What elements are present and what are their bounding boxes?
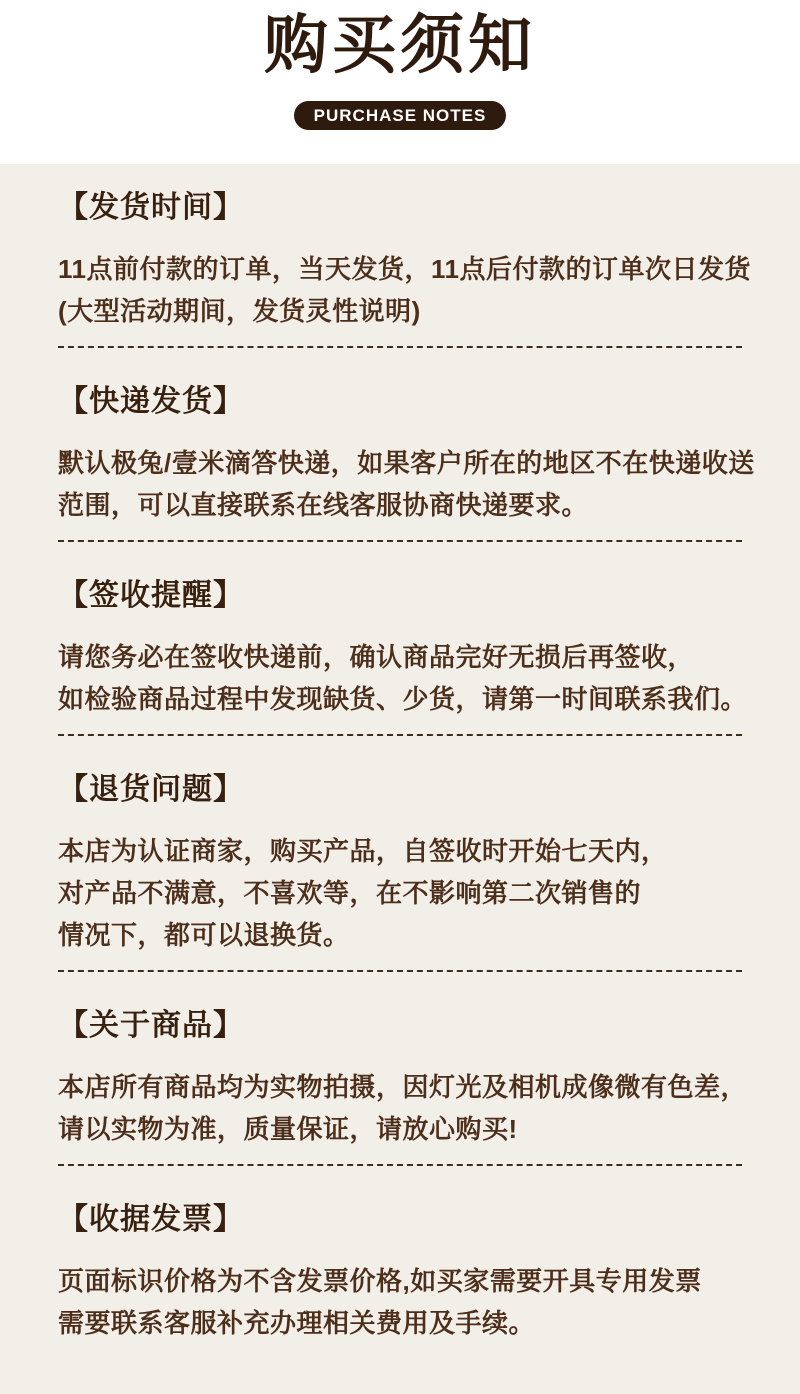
section-heading-return-policy: 【退货问题】 [58, 772, 742, 808]
section-text-line: 本店为认证商家，购买产品，自签收时开始七天内， [58, 830, 742, 872]
section-text-line: (大型活动期间，发货灵性说明) [58, 290, 742, 332]
section-text-line: 范围，可以直接联系在线客服协商快递要求。 [58, 484, 742, 526]
dashed-divider [58, 540, 742, 542]
section-heading-express-delivery: 【快递发货】 [58, 384, 742, 420]
page-title: 购买须知 [264, 12, 536, 79]
dashed-divider [58, 970, 742, 972]
section-text-line: 11点前付款的订单，当天发货，11点后付款的订单次日发货 [58, 248, 742, 290]
section-shipping-time: 【发货时间】 11点前付款的订单，当天发货，11点后付款的订单次日发货 (大型活… [58, 190, 742, 332]
section-text-line: 请以实物为准，质量保证，请放心购买! [58, 1108, 742, 1150]
section-text-line: 默认极兔/壹米滴答快递，如果客户所在的地区不在快递收送 [58, 442, 742, 484]
section-about-product: 【关于商品】 本店所有商品均为实物拍摄，因灯光及相机成像微有色差， 请以实物为准… [58, 1008, 742, 1150]
section-heading-about-product: 【关于商品】 [58, 1008, 742, 1044]
section-sign-reminder: 【签收提醒】 请您务必在签收快递前，确认商品完好无损后再签收， 如检验商品过程中… [58, 578, 742, 720]
purchase-notes-page: 购买须知 PURCHASE NOTES 【发货时间】 11点前付款的订单，当天发… [0, 0, 800, 1394]
section-receipt-invoice: 【收据发票】 页面标识价格为不含发票价格,如买家需要开具专用发票 需要联系客服补… [58, 1202, 742, 1344]
section-text-line: 页面标识价格为不含发票价格,如买家需要开具专用发票 [58, 1260, 742, 1302]
section-text-line: 情况下，都可以退换货。 [58, 914, 742, 956]
dashed-divider [58, 734, 742, 736]
section-heading-sign-reminder: 【签收提醒】 [58, 578, 742, 614]
section-express-delivery: 【快递发货】 默认极兔/壹米滴答快递，如果客户所在的地区不在快递收送 范围，可以… [58, 384, 742, 526]
subtitle-badge: PURCHASE NOTES [294, 101, 507, 130]
section-text-line: 请您务必在签收快递前，确认商品完好无损后再签收， [58, 636, 742, 678]
header: 购买须知 PURCHASE NOTES [0, 0, 800, 164]
subtitle-badge-text: PURCHASE NOTES [314, 106, 487, 126]
notes-content: 【发货时间】 11点前付款的订单，当天发货，11点后付款的订单次日发货 (大型活… [0, 164, 800, 1394]
section-text-line: 对产品不满意，不喜欢等，在不影响第二次销售的 [58, 872, 742, 914]
section-text-line: 需要联系客服补充办理相关费用及手续。 [58, 1302, 742, 1344]
section-return-policy: 【退货问题】 本店为认证商家，购买产品，自签收时开始七天内， 对产品不满意，不喜… [58, 772, 742, 956]
dashed-divider [58, 1164, 742, 1166]
dashed-divider [58, 346, 742, 348]
section-text-line: 本店所有商品均为实物拍摄，因灯光及相机成像微有色差， [58, 1066, 742, 1108]
section-heading-shipping-time: 【发货时间】 [58, 190, 742, 226]
section-heading-receipt-invoice: 【收据发票】 [58, 1202, 742, 1238]
section-text-line: 如检验商品过程中发现缺货、少货，请第一时间联系我们。 [58, 678, 742, 720]
